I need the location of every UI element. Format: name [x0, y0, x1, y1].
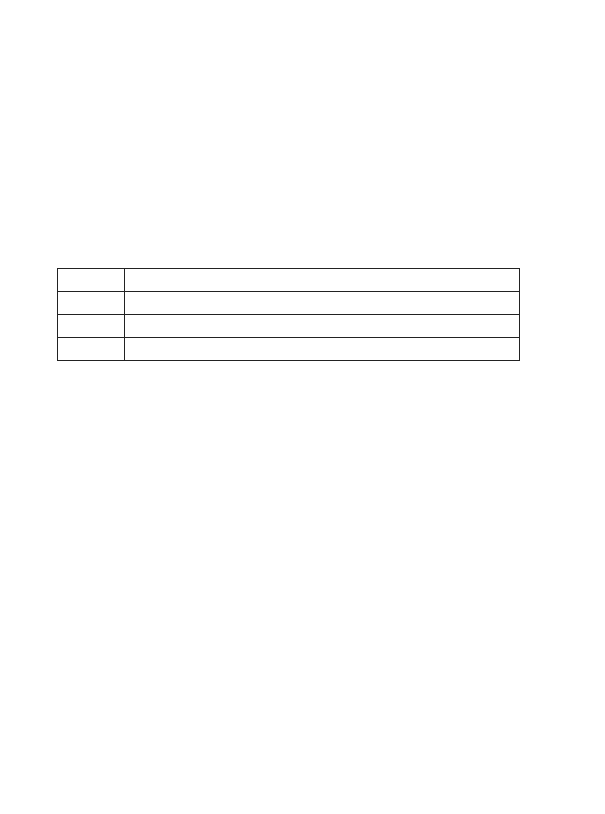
- shangshu-status-table: [57, 268, 520, 361]
- table-header-row: [58, 269, 520, 292]
- table-header-cell: [58, 269, 125, 292]
- table-cell-status: [125, 338, 520, 361]
- table-cell-period: [58, 338, 125, 361]
- table-row: [58, 315, 520, 338]
- table-cell-period: [58, 315, 125, 338]
- table-cell-status: [125, 292, 520, 315]
- table-header-cell: [125, 269, 520, 292]
- table-row: [58, 292, 520, 315]
- table-cell-period: [58, 292, 125, 315]
- table-row: [58, 338, 520, 361]
- table-cell-status: [125, 315, 520, 338]
